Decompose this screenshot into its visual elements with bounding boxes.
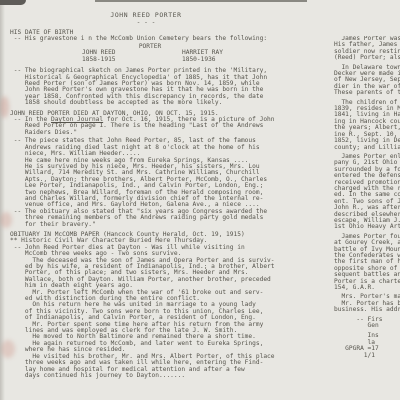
- para-death-notice: -- The piece states that John Reed Porte…: [10, 138, 310, 157]
- scan-smudge: [0, 96, 9, 118]
- gravestone-dates: 1850-1936: [182, 57, 223, 63]
- title-divider: - - -: [0, 19, 292, 26]
- document-page: JOHN REED PORTER - - - HIS DATE OF BIRTH…: [0, 0, 400, 400]
- para-obituary-subhead: -- John Reed Porter dies at Dayton - Was…: [10, 245, 310, 258]
- gravestone-person-1: JOHN REED 1858-1915: [82, 50, 116, 63]
- right-para-battles: James Porter fough at Gourey Creek, and …: [334, 234, 400, 292]
- gravestone-inscription: JOHN REED 1858-1915 HARRIET RAY 1850-193…: [10, 50, 310, 64]
- right-column-clipped: James Porter was b His father, James P s…: [334, 36, 400, 396]
- right-para-closing: -- Firs Gen: [334, 317, 400, 330]
- right-para-parents: James Porter was b His father, James P s…: [334, 36, 400, 62]
- scan-top-edge-line: [95, 0, 307, 2]
- para-obituary-body: The deceased was the son of James and Op…: [10, 258, 310, 380]
- para-survivors: He came here nine weeks ago from Eureka …: [10, 158, 310, 209]
- para-obituary-medals: -- The obituary also stated that "six ye…: [10, 209, 310, 228]
- section-heading-obituary: OBITUARY IN McCOMB PAPER (Hancock County…: [10, 232, 310, 245]
- main-column: HIS DATE OF BIRTH -- His gravestone i n …: [10, 30, 310, 379]
- para-biographical-sketch: -- The biographical sketch on James Port…: [10, 68, 310, 106]
- page-title: JOHN REED PORTER: [0, 11, 292, 19]
- right-para-porter-notes: Mrs. Porter's maid Mr. Porter has bee bu…: [334, 294, 400, 313]
- right-para-enlistment: James Porter enlis pany G, 21st Ohio In …: [334, 154, 400, 231]
- right-reference-fragments: Ins la GPGRA =17 1/1: [334, 333, 400, 359]
- gravestone-person-2: HARRIET RAY 1850-1936: [182, 50, 223, 63]
- para-dayton-journal: -- In the Dayton Journal for Oct. 16, 19…: [10, 117, 310, 136]
- right-para-children: The children of Ja 1839, resides in McC …: [334, 100, 400, 151]
- right-para-delaware: In Delaware townsh Decker were made in o…: [334, 65, 400, 97]
- gravestone-intro-line: -- His gravestone i n the McComb Union C…: [10, 36, 310, 42]
- gravestone-dates: 1858-1915: [82, 57, 116, 63]
